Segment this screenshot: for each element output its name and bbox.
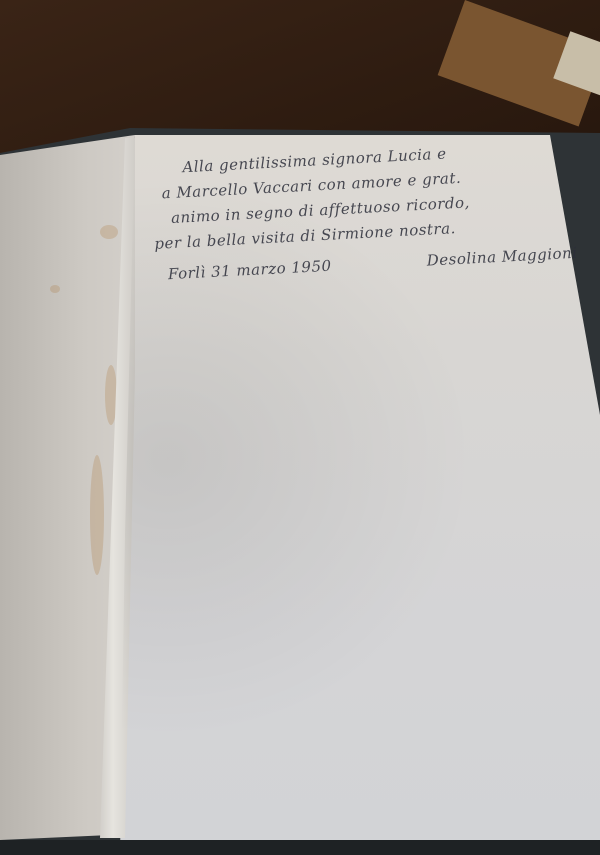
foxing-spot — [50, 285, 60, 293]
foxing-spot — [90, 455, 104, 575]
cover-bottom-edge — [0, 840, 600, 855]
foxing-spot — [100, 225, 118, 239]
handwritten-inscription: Alla gentilissima signora Lucia e a Marc… — [150, 137, 586, 290]
